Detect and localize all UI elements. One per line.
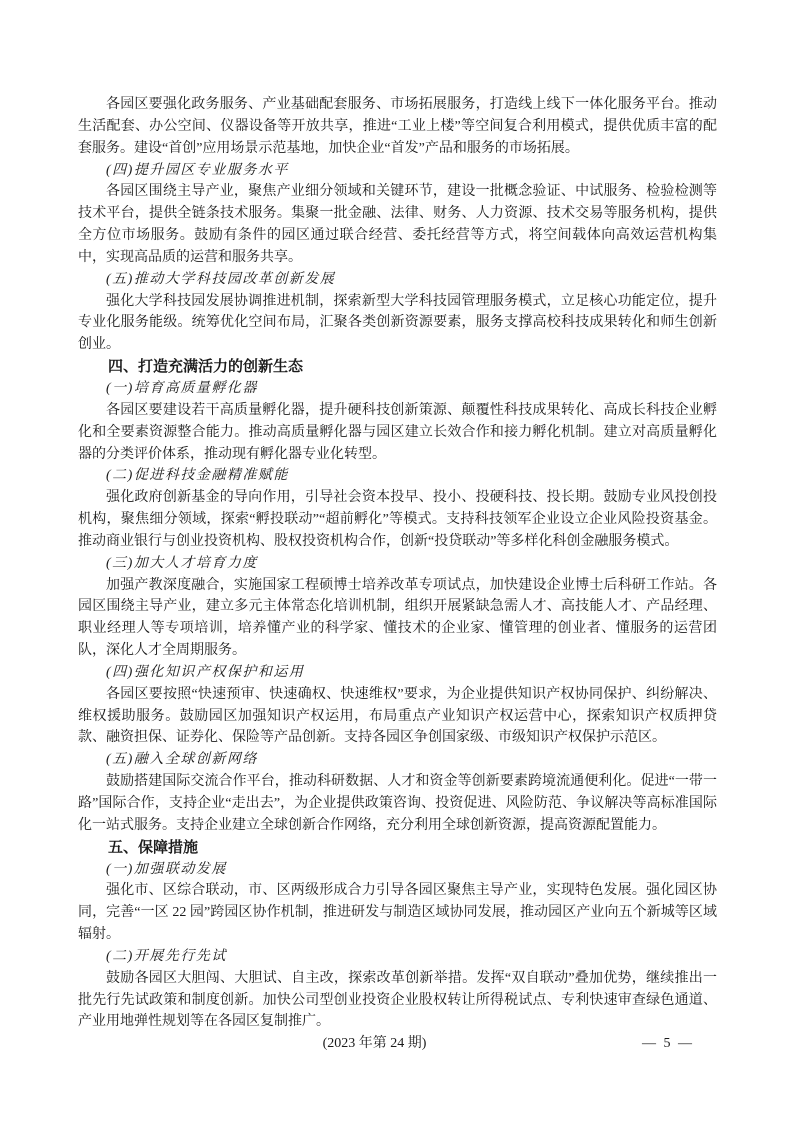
sub-heading: (三)加大人才培育力度 xyxy=(78,553,717,575)
sub-heading: (二)开展先行先试 xyxy=(78,946,717,968)
body-paragraph: 各园区围绕主导产业，聚焦产业细分领域和关键环节，建设一批概念验证、中试服务、检验… xyxy=(78,181,717,268)
body-paragraph: 各园区要强化政务服务、产业基础配套服务、市场拓展服务，打造线上线下一体化服务平台… xyxy=(78,94,717,160)
document-body: 各园区要强化政务服务、产业基础配套服务、市场拓展服务，打造线上线下一体化服务平台… xyxy=(78,94,717,1033)
section-heading: 四、打造充满活力的创新生态 xyxy=(78,356,717,378)
sub-heading: (四)提升园区专业服务水平 xyxy=(78,160,717,182)
body-paragraph: 鼓励搭建国际交流合作平台，推动科研数据、人才和资金等创新要素跨境流通便利化。促进… xyxy=(78,771,717,837)
sub-heading: (四)强化知识产权保护和运用 xyxy=(78,662,717,684)
body-paragraph: 加强产教深度融合，实施国家工程硕博士培养改革专项试点，加快建设企业博士后科研工作… xyxy=(78,575,717,662)
body-paragraph: 各园区要按照“快速预审、快速确权、快速维权”要求，为企业提供知识产权协同保护、纠… xyxy=(78,684,717,750)
body-paragraph: 强化市、区综合联动，市、区两级形成合力引导各园区聚焦主导产业，实现特色发展。强化… xyxy=(78,880,717,946)
sub-heading: (二)促进科技金融精准赋能 xyxy=(78,465,717,487)
sub-heading: (五)推动大学科技园改革创新发展 xyxy=(78,269,717,291)
sub-heading: (一)加强联动发展 xyxy=(78,859,717,881)
sub-heading: (五)融入全球创新网络 xyxy=(78,749,717,771)
body-paragraph: 强化大学科技园发展协调推进机制，探索新型大学科技园管理服务模式，立足核心功能定位… xyxy=(78,291,717,357)
body-paragraph: 鼓励各园区大胆闯、大胆试、自主改，探索改革创新举措。发挥“双自联动”叠加优势，继… xyxy=(78,968,717,1034)
page-number: — 5 — xyxy=(642,1033,694,1055)
page-footer: (2023 年第 24 期) — 5 — xyxy=(78,1033,717,1055)
body-paragraph: 强化政府创新基金的导向作用，引导社会资本投早、投小、投硬科技、投长期。鼓励专业风… xyxy=(78,487,717,553)
section-heading: 五、保障措施 xyxy=(78,837,717,859)
body-paragraph: 各园区要建设若干高质量孵化器，提升硬科技创新策源、颠覆性科技成果转化、高成长科技… xyxy=(78,400,717,466)
issue-label: (2023 年第 24 期) xyxy=(32,1033,717,1055)
sub-heading: (一)培育高质量孵化器 xyxy=(78,378,717,400)
document-page: 各园区要强化政务服务、产业基础配套服务、市场拓展服务，打造线上线下一体化服务平台… xyxy=(78,94,717,1055)
